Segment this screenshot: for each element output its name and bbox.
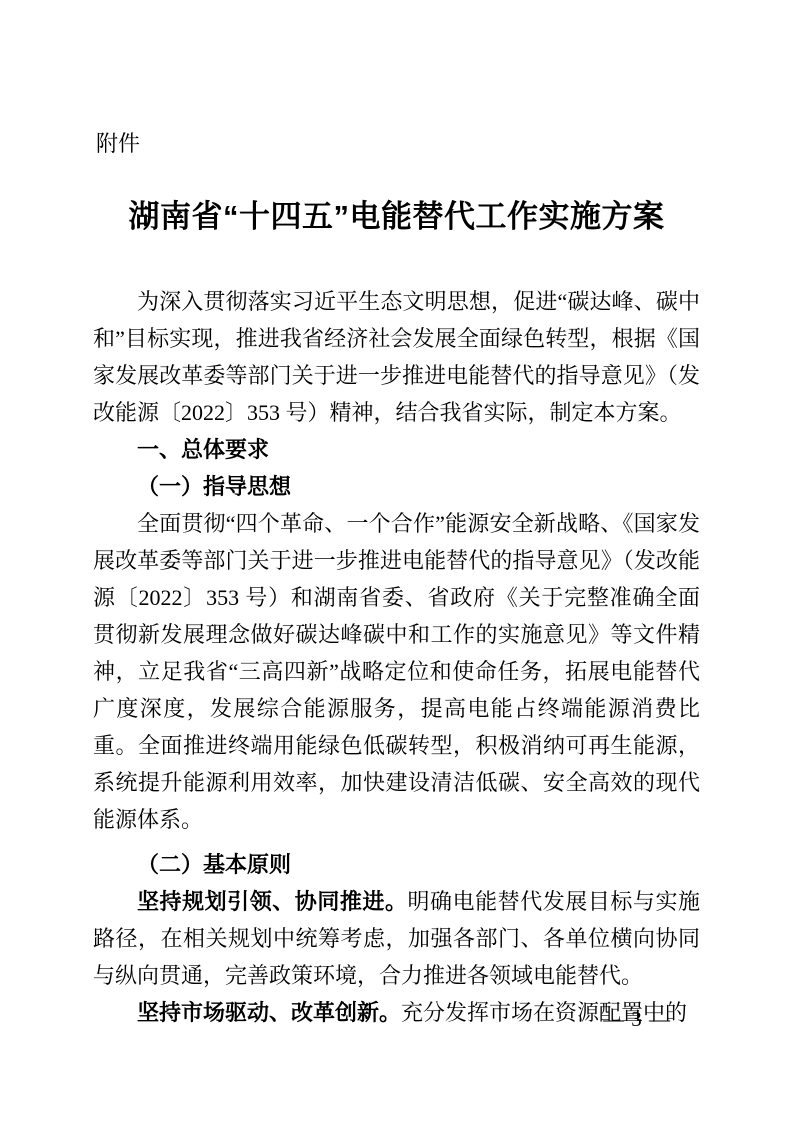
section-1-heading: 一、总体要求 (93, 431, 700, 468)
attachment-label: 附件 (96, 131, 140, 157)
subsection-1-1-heading: （一）指导思想 (93, 468, 700, 505)
document-body: 为深入贯彻落实习近平生态文明思想，促进“碳达峰、碳中和”目标实现，推进我省经济社… (93, 283, 700, 1031)
intro-paragraph: 为深入贯彻落实习近平生态文明思想，促进“碳达峰、碳中和”目标实现，推进我省经济社… (93, 283, 700, 431)
document-page: 附件 湖南省“十四五”电能替代工作实施方案 为深入贯彻落实习近平生态文明思想，促… (0, 0, 793, 1122)
principle-2-lead: 坚持市场驱动、改革创新。 (137, 1000, 401, 1025)
principle-1-lead: 坚持规划引领、协同推进。 (137, 889, 408, 914)
document-title: 湖南省“十四五”电能替代工作实施方案 (0, 196, 793, 238)
principle-1-paragraph: 坚持规划引领、协同推进。明确电能替代发展目标与实施路径，在相关规划中统筹考虑，加… (93, 883, 700, 994)
guiding-ideology-paragraph: 全面贯彻“四个革命、一个合作”能源安全新战略、《国家发展改革委等部门关于进一步推… (93, 505, 700, 838)
subsection-1-2-heading: （二）基本原则 (93, 846, 700, 883)
page-number: — 3 — (603, 1006, 671, 1032)
